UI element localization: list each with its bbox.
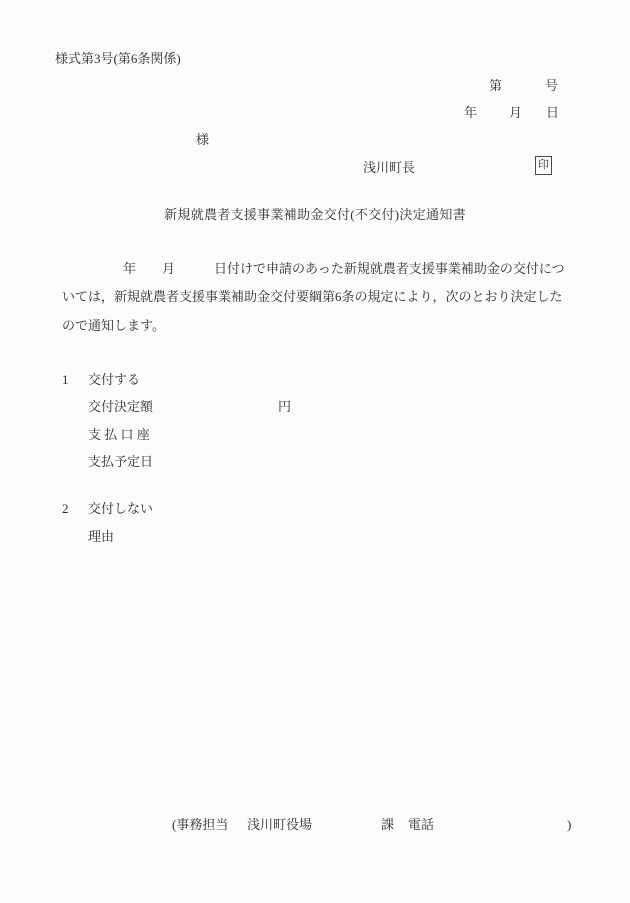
grant-amount-unit: 円 [278,398,291,416]
document-title: 新規就農者支援事業補助金交付(不交付)決定通知書 [0,206,630,224]
seal-character: 印 [538,160,549,171]
body-line-3: ので通知します。 [62,317,165,335]
footer-office-name: 浅川町役場 [247,816,312,834]
section2-number: 2 [62,500,69,518]
body-line-1: 年 月 日付けで申請のあった新規就農者支援事業補助金の交付につ [123,260,565,278]
footer-section-label: 課 [381,816,394,834]
date-day-label: 日 [546,104,559,122]
form-number: 様式第3号(第6条関係) [55,50,181,68]
payment-account-label: 支 払 口 座 [88,426,150,444]
doc-number-suffix: 号 [545,77,558,95]
payment-date-label: 支払予定日 [88,453,153,471]
date-year-label: 年 [464,104,477,122]
body-line-2: いては，新規就農者支援事業補助金交付要綱第6条の規定により，次のとおり決定した [62,288,563,306]
section1-number: 1 [62,371,69,389]
doc-number-prefix: 第 [489,77,502,95]
footer-tel-label: 電話 [408,816,434,834]
footer-close-paren: ) [567,816,571,834]
reason-label: 理由 [88,528,114,546]
date-month-label: 月 [509,104,522,122]
addressee-honorific: 様 [196,131,209,149]
sender-name: 浅川町長 [363,159,415,177]
section1-heading: 交付する [88,371,140,389]
document-page: 様式第3号(第6条関係) 第 号 年 月 日 様 浅川町長 印 新規就農者支援事… [0,0,630,903]
footer-open-paren: (事務担当 [172,816,228,834]
seal-stamp: 印 [535,156,552,175]
section2-heading: 交付しない [88,500,153,518]
grant-amount-label: 交付決定額 [88,398,153,416]
